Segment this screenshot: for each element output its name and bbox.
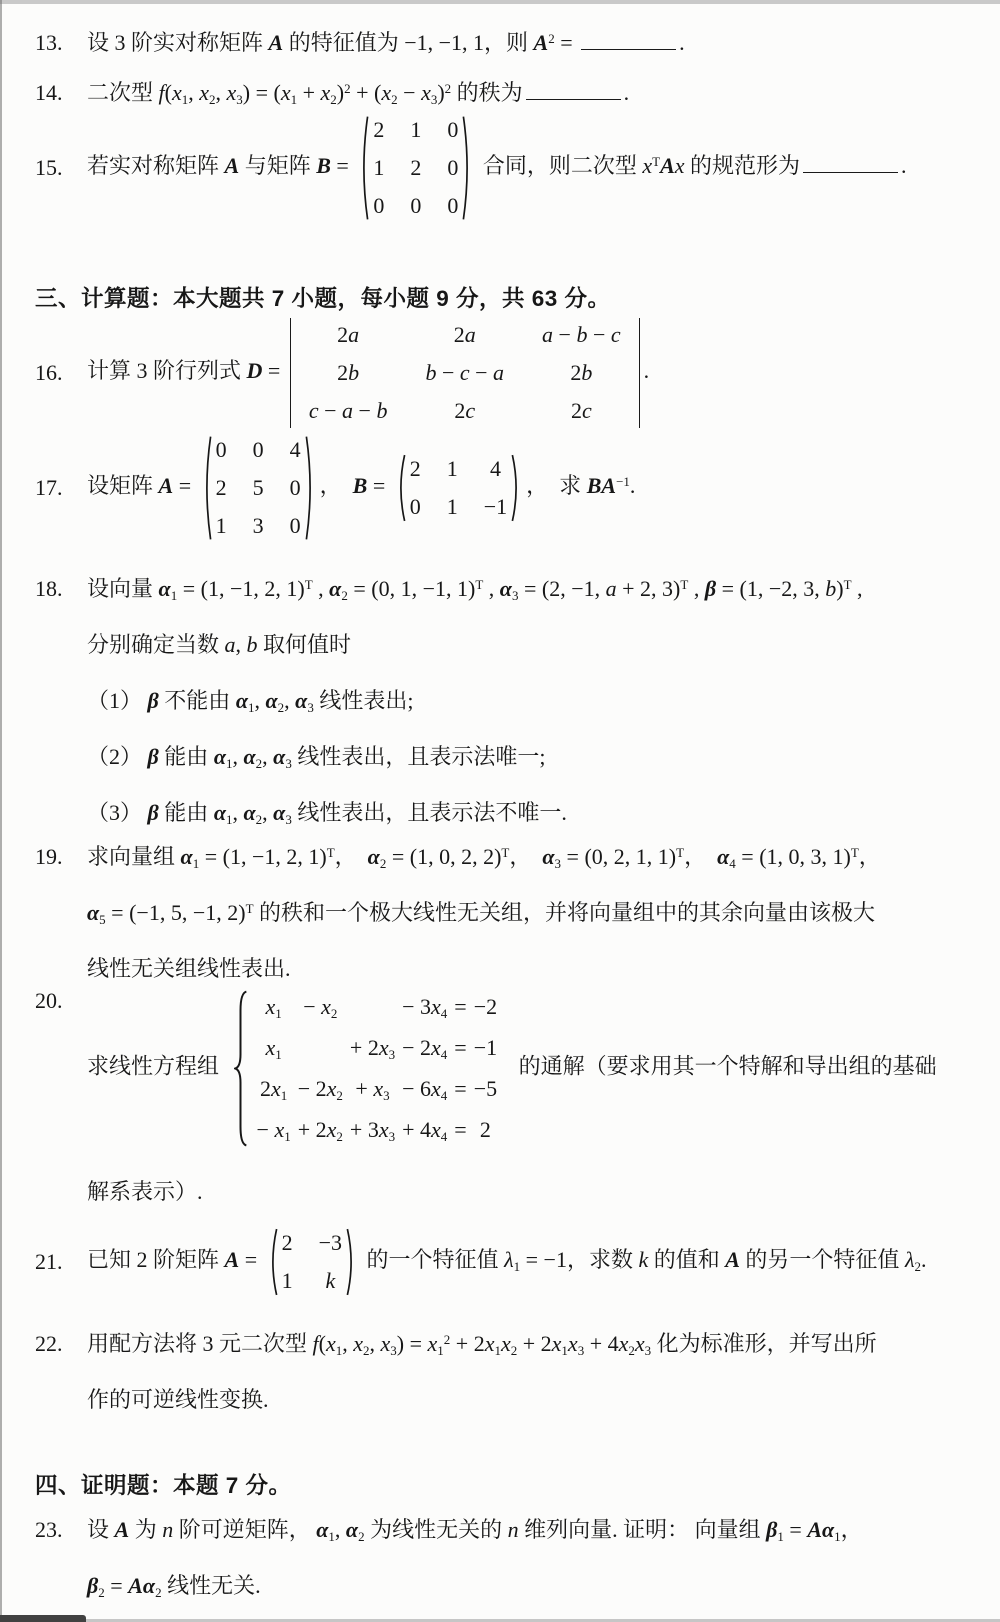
question-line: 作的可逆线性变换. (87, 1385, 962, 1415)
matrix-cell: = (454, 1074, 466, 1104)
text-run: 的通解（要求用其一个特解和导出组的基础 (513, 1054, 937, 1079)
matrix-cell: 4 (290, 437, 301, 463)
matrix-cell: 2 (410, 456, 421, 482)
matrix-cell: a − b − c (542, 322, 621, 348)
text-run: 线性无关组线性表出. (87, 956, 291, 981)
matrix-cell: − 2x4 (402, 1033, 447, 1063)
matrix-cell: 0 (410, 494, 421, 520)
matrix-cell: 1 (216, 513, 227, 539)
matrix-cell: −1 (474, 1033, 497, 1063)
text-run: 的特征值为 −1, −1, 1，则 (283, 30, 533, 55)
right-paren-fence (346, 1228, 356, 1296)
question-line: 求线性方程组 x1− x2− 3x4=−2x1+ 2x3− 2x4=−12x1−… (87, 986, 962, 1151)
matrix-cell: 1 (447, 456, 458, 482)
math-run: β (148, 688, 159, 713)
text-run: . (644, 358, 650, 383)
question-line: （1） β 不能由 α1, α2, α3 线性表出; (87, 686, 962, 716)
math-run: A (225, 1247, 240, 1272)
question-line: 二次型 f(x1, x2, x3) = (x1 + x2)2 + (x2 − x… (87, 78, 962, 108)
question-14: 14.二次型 f(x1, x2, x3) = (x1 + x2)2 + (x2 … (35, 78, 962, 108)
math-run: α5 = (−1, 5, −1, 2)T (87, 900, 254, 925)
matrix-cell: 2c (571, 398, 592, 424)
math-run: n (508, 1517, 519, 1542)
text-run: , (852, 576, 863, 601)
question-number: 15. (35, 153, 87, 183)
matrix-cell: 2 (480, 1115, 491, 1145)
text-run: ， (684, 844, 717, 869)
question-number: 19. (35, 842, 87, 872)
math-run: α1, α2, α3 (236, 688, 314, 713)
math-run: f(x1, x2, x3) = x12 + 2x1x2 + 2x1x3 + 4x… (313, 1331, 652, 1356)
matrix-cell: b − c − a (425, 360, 504, 386)
matrix-cell: 2b (570, 360, 592, 386)
matrix-grid: 004250130 (216, 437, 301, 539)
text-run: , (313, 576, 330, 601)
question-body: 设矩阵 A = 004250130， B = 21401−1， 求 BA−1. (87, 432, 962, 544)
text-run: 求线性方程组 (87, 1054, 225, 1079)
matrix-cell: 5 (253, 475, 264, 501)
text-run: 不能由 (159, 688, 236, 713)
question-line: 分别确定当数 a, b 取何值时 (87, 630, 962, 660)
text-run: 二次型 (87, 80, 159, 105)
text-run: 求向量组 (87, 844, 181, 869)
text-run: ， (509, 844, 542, 869)
question-body: 已知 2 阶矩阵 A = 2−31k 的一个特征值 λ1 = −1，求数 k 的… (87, 1225, 962, 1299)
matrix-cell: = (454, 1033, 466, 1063)
matrix-cell: 2 (373, 117, 384, 143)
left-paren-fence (396, 454, 406, 522)
text-run: . (630, 473, 636, 498)
question-body: 二次型 f(x1, x2, x3) = (x1 + x2)2 + (x2 − x… (87, 78, 962, 108)
matrix-cell: 0 (290, 475, 301, 501)
equation-system: x1− x2− 3x4=−2x1+ 2x3− 2x4=−12x1− 2x2+ x… (231, 988, 508, 1149)
text-run: . (624, 80, 630, 105)
scan-corner-smudge (0, 1615, 86, 1622)
question-line: 线性无关组线性表出. (87, 954, 962, 984)
text-run: 解系表示）. (87, 1179, 203, 1204)
text-run: . (679, 30, 685, 55)
question-line: α5 = (−1, 5, −1, 2)T 的秩和一个极大线性无关组，并将向量组中… (87, 898, 962, 928)
math-run: β (148, 744, 159, 769)
text-run: （3） (87, 800, 148, 825)
question-line: 设 A 为 n 阶可逆矩阵， α1, α2 为线性无关的 n 维列向量. 证明：… (87, 1515, 962, 1545)
math-run: α1, α2, α3 (214, 800, 292, 825)
question-line: （3） β 能由 α1, α2, α3 线性表出，且表示法不唯一. (87, 798, 962, 828)
matrix-cell: + 2x2 (298, 1115, 343, 1145)
math-run: A (225, 153, 240, 178)
matrix-cell: 0 (253, 437, 264, 463)
matrix-cell: 4 (490, 456, 501, 482)
math-run: A (269, 30, 284, 55)
text-run: 线性无关. (162, 1573, 261, 1598)
text-run: 设 (87, 1517, 115, 1542)
matrix-cell: − x1 (257, 1115, 291, 1145)
text-run: 计算 3 阶行列式 (87, 358, 247, 383)
question-number: 20. (35, 986, 87, 1016)
question-body: 设 A 为 n 阶可逆矩阵， α1, α2 为线性无关的 n 维列向量. 证明：… (87, 1515, 962, 1601)
math-run: B (316, 153, 331, 178)
text-run: 阶可逆矩阵， (173, 1517, 316, 1542)
matrix-cell: x1 (265, 1033, 281, 1063)
math-run: α1 = (1, −1, 2, 1)T (181, 844, 335, 869)
question-line: 设矩阵 A = 004250130， B = 21401−1， 求 BA−1. (87, 432, 962, 544)
math-run: xTAx (642, 153, 684, 178)
matrix: 2−31k (267, 1227, 357, 1297)
math-run: α1, α2, α3 (214, 744, 292, 769)
math-run: f(x1, x2, x3) = (x1 + x2)2 + (x2 − x3)2 (159, 80, 452, 105)
matrix: 21401−1 (395, 453, 522, 523)
question-16: 16.计算 3 阶行列式 D = 2a2aa − b − c2bb − c − … (35, 316, 962, 430)
text-run: = (173, 473, 196, 498)
question-number: 13. (35, 28, 87, 58)
section-heading-3: 三、计算题：本大题共 7 小题，每小题 9 分，共 63 分。 (35, 284, 962, 314)
question-line: 计算 3 阶行列式 D = 2a2aa − b − c2bb − c − a2b… (87, 316, 962, 430)
matrix-cell: + 2x3 (350, 1033, 395, 1063)
text-run: 作的可逆线性变换. (87, 1387, 269, 1412)
matrix-cell: 0 (373, 193, 384, 219)
answer-blank (581, 28, 676, 50)
math-run: D (247, 358, 263, 383)
math-run: n (162, 1517, 173, 1542)
text-run: 能由 (159, 800, 214, 825)
text-run: ， (335, 844, 368, 869)
question-number: 22. (35, 1329, 87, 1359)
matrix-cell: 1 (447, 494, 458, 520)
question-number: 17. (35, 473, 87, 503)
question-22: 22.用配方法将 3 元二次型 f(x1, x2, x3) = x12 + 2x… (35, 1329, 962, 1415)
equation-grid: x1− x2− 3x4=−2x1+ 2x3− 2x4=−12x1− 2x2+ x… (257, 992, 498, 1145)
question-line: 若实对称矩阵 A 与矩阵 B = 210120000 合同，则二次型 xTAx … (87, 112, 962, 224)
text-run: 合同，则二次型 (477, 153, 642, 178)
matrix-cell: 2 (216, 475, 227, 501)
question-line: （2） β 能由 α1, α2, α3 线性表出，且表示法唯一; (87, 742, 962, 772)
question-blocks: 13.设 3 阶实对称矩阵 A 的特征值为 −1, −1, 1，则 A2 = .… (0, 0, 1000, 1601)
text-run: 设 3 阶实对称矩阵 (87, 30, 269, 55)
brace-fence (234, 990, 247, 1147)
matrix-cell: 2a (337, 322, 359, 348)
math-run: α2 = (0, 1, −1, 1)T (329, 576, 483, 601)
question-body: 计算 3 阶行列式 D = 2a2aa − b − c2bb − c − a2b… (87, 316, 962, 430)
matrix-cell: 2c (454, 398, 475, 424)
matrix-cell: 2x1 (260, 1074, 287, 1104)
math-run: A (115, 1517, 130, 1542)
question-15: 15.若实对称矩阵 A 与矩阵 B = 210120000 合同，则二次型 xT… (35, 112, 962, 224)
question-line: 设 3 阶实对称矩阵 A 的特征值为 −1, −1, 1，则 A2 = . (87, 28, 962, 58)
text-run: （2） (87, 744, 148, 769)
math-run: BA−1 (587, 473, 630, 498)
matrix-cell: 1 (282, 1268, 293, 1294)
matrix-grid: 2−31k (282, 1230, 342, 1294)
question-body: 求线性方程组 x1− x2− 3x4=−2x1+ 2x3− 2x4=−12x1−… (87, 986, 962, 1207)
text-run: 线性表出; (314, 688, 414, 713)
answer-blank (803, 151, 898, 173)
matrix-cell: 0 (290, 513, 301, 539)
section-heading-4: 四、证明题：本题 7 分。 (35, 1471, 962, 1501)
text-run: 的另一个特征值 (740, 1247, 905, 1272)
matrix-cell: 0 (447, 193, 458, 219)
matrix-cell: −3 (319, 1230, 342, 1256)
matrix: 004250130 (201, 434, 316, 542)
text-run: 的规范形为 (685, 153, 801, 178)
text-run: 为线性无关的 (365, 1517, 508, 1542)
determinant: 2a2aa − b − c2bb − c − a2bc − a − b2c2c (290, 318, 640, 428)
matrix-cell: = (454, 992, 466, 1022)
text-run: 的值和 (648, 1247, 725, 1272)
matrix-cell: + 3x3 (350, 1115, 395, 1145)
text-run: 与矩阵 (239, 153, 316, 178)
text-run: 若实对称矩阵 (87, 153, 225, 178)
text-run: = (262, 358, 285, 383)
matrix-cell: 2 (410, 155, 421, 181)
text-run: . (901, 153, 907, 178)
math-run: α2 = (1, 0, 2, 2)T (368, 844, 510, 869)
text-run: ， (859, 844, 881, 869)
text-run: ， 求 (526, 473, 587, 498)
math-run: k (638, 1247, 648, 1272)
matrix-cell: 2b (337, 360, 359, 386)
matrix-cell: 2 (282, 1230, 293, 1256)
matrix-cell: x1 (265, 992, 281, 1022)
question-line: 求向量组 α1 = (1, −1, 2, 1)T， α2 = (1, 0, 2,… (87, 842, 962, 872)
answer-blank (526, 78, 621, 100)
matrix-cell: − x2 (303, 992, 337, 1022)
math-run: α3 = (2, −1, a + 2, 3)T (500, 576, 689, 601)
matrix-cell: 0 (216, 437, 227, 463)
question-number: 21. (35, 1247, 87, 1277)
question-17: 17.设矩阵 A = 004250130， B = 21401−1， 求 BA−… (35, 432, 962, 544)
math-run: A (159, 473, 174, 498)
matrix-cell: 0 (447, 117, 458, 143)
question-body: 若实对称矩阵 A 与矩阵 B = 210120000 合同，则二次型 xTAx … (87, 112, 962, 224)
matrix-cell: + 4x4 (402, 1115, 447, 1145)
text-run: ， (841, 1517, 863, 1542)
math-run: α4 = (1, 0, 3, 1)T (717, 844, 859, 869)
question-body: 设 3 阶实对称矩阵 A 的特征值为 −1, −1, 1，则 A2 = . (87, 28, 962, 58)
text-run: . (921, 1247, 927, 1272)
left-paren-fence (202, 435, 212, 541)
matrix-cell: 0 (410, 193, 421, 219)
question-body: 用配方法将 3 元二次型 f(x1, x2, x3) = x12 + 2x1x2… (87, 1329, 962, 1415)
math-run: A (725, 1247, 740, 1272)
question-number: 16. (35, 358, 87, 388)
text-run: = (239, 1247, 262, 1272)
question-20: 20.求线性方程组 x1− x2− 3x4=−2x1+ 2x3− 2x4=−12… (35, 986, 962, 1207)
text-run: ，求数 (567, 1247, 639, 1272)
text-run: 的一个特征值 (361, 1247, 504, 1272)
math-run: A2 (534, 30, 555, 55)
math-run: β2 = Aα2 (87, 1573, 162, 1598)
question-13: 13.设 3 阶实对称矩阵 A 的特征值为 −1, −1, 1，则 A2 = . (35, 28, 962, 58)
text-run: 已知 2 阶矩阵 (87, 1247, 225, 1272)
math-run: α3 = (0, 2, 1, 1)T (542, 844, 684, 869)
question-line: 解系表示）. (87, 1177, 962, 1207)
text-run: 线性表出，且表示法唯一; (292, 744, 546, 769)
math-run: λ1 = −1 (504, 1247, 567, 1272)
matrix-grid: 21401−1 (410, 456, 507, 520)
math-run: α1 = (1, −1, 2, 1)T (159, 576, 313, 601)
text-run: 用配方法将 3 元二次型 (87, 1331, 313, 1356)
text-run: 设矩阵 (87, 473, 159, 498)
left-paren-fence (359, 115, 369, 221)
matrix-cell: 3 (253, 513, 264, 539)
right-paren-fence (511, 454, 521, 522)
question-line: β2 = Aα2 线性无关. (87, 1571, 962, 1601)
matrix-cell: −5 (474, 1074, 497, 1104)
matrix-cell: 2a (454, 322, 476, 348)
text-run: = (331, 153, 354, 178)
matrix-cell: + x3 (355, 1074, 389, 1104)
text-run: 设向量 (87, 576, 159, 601)
text-run: 的秩为 (451, 80, 523, 105)
right-paren-fence (462, 115, 472, 221)
math-run: α1, α2 (316, 1517, 364, 1542)
math-run: β (148, 800, 159, 825)
text-run: 取何值时 (258, 632, 352, 657)
matrix-cell: − 3x4 (402, 992, 447, 1022)
question-line: 设向量 α1 = (1, −1, 2, 1)T , α2 = (0, 1, −1… (87, 574, 962, 604)
matrix-cell: = (454, 1115, 466, 1145)
question-19: 19.求向量组 α1 = (1, −1, 2, 1)T， α2 = (1, 0,… (35, 842, 962, 984)
math-run: β1 = Aα1 (766, 1517, 841, 1542)
text-run: 化为标准形，并写出所 (651, 1331, 877, 1356)
text-run: , (688, 576, 705, 601)
question-line: 用配方法将 3 元二次型 f(x1, x2, x3) = x12 + 2x1x2… (87, 1329, 962, 1359)
text-run: （1） (87, 688, 148, 713)
matrix-cell: − 2x2 (298, 1074, 343, 1104)
text-run: 分别确定当数 (87, 632, 225, 657)
matrix-grid: 2a2aa − b − c2bb − c − a2bc − a − b2c2c (309, 322, 621, 424)
question-body: 求向量组 α1 = (1, −1, 2, 1)T， α2 = (1, 0, 2,… (87, 842, 962, 984)
text-run: , (483, 576, 500, 601)
matrix: 210120000 (358, 114, 473, 222)
question-number: 18. (35, 574, 87, 604)
text-run: = (367, 473, 390, 498)
question-21: 21.已知 2 阶矩阵 A = 2−31k 的一个特征值 λ1 = −1，求数 … (35, 1225, 962, 1299)
right-paren-fence (305, 435, 315, 541)
text-run: 线性表出，且表示法不唯一. (292, 800, 567, 825)
left-paren-fence (268, 1228, 278, 1296)
text-run: ， (320, 473, 353, 498)
matrix-cell: 1 (410, 117, 421, 143)
math-run: B (353, 473, 368, 498)
matrix-cell: 1 (373, 155, 384, 181)
matrix-grid: 210120000 (373, 117, 458, 219)
matrix-cell: −1 (484, 494, 507, 520)
math-run: λ2 (905, 1247, 921, 1272)
exam-paper: 13.设 3 阶实对称矩阵 A 的特征值为 −1, −1, 1，则 A2 = .… (0, 0, 1000, 1601)
matrix-cell: c − a − b (309, 398, 388, 424)
question-18: 18.设向量 α1 = (1, −1, 2, 1)T , α2 = (0, 1,… (35, 574, 962, 828)
math-run: β = (1, −2, 3, b)T (705, 576, 852, 601)
question-number: 23. (35, 1515, 87, 1545)
question-number: 14. (35, 78, 87, 108)
text-run: 为 (129, 1517, 162, 1542)
matrix-cell: 0 (447, 155, 458, 181)
question-body: 设向量 α1 = (1, −1, 2, 1)T , α2 = (0, 1, −1… (87, 574, 962, 828)
question-line: 已知 2 阶矩阵 A = 2−31k 的一个特征值 λ1 = −1，求数 k 的… (87, 1225, 962, 1299)
text-run: = (555, 30, 578, 55)
math-run: a, b (225, 632, 258, 657)
text-run: 维列向量. 证明： 向量组 (519, 1517, 767, 1542)
text-run: 的秩和一个极大线性无关组，并将向量组中的其余向量由该极大 (254, 900, 876, 925)
matrix-cell: − 6x4 (402, 1074, 447, 1104)
text-run: 能由 (159, 744, 214, 769)
question-23: 23.设 A 为 n 阶可逆矩阵， α1, α2 为线性无关的 n 维列向量. … (35, 1515, 962, 1601)
matrix-cell: k (325, 1268, 335, 1294)
matrix-cell: −2 (474, 992, 497, 1022)
